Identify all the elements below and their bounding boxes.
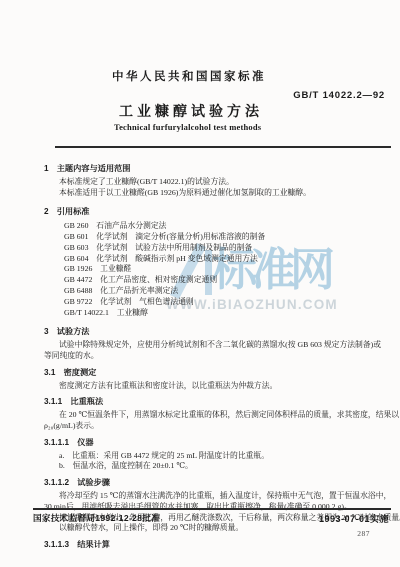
reference-item: GB 260 石油产品水分测定法 [64,221,389,232]
section-2-heading: 2 引用标准 [44,207,389,218]
apparatus-item-a: a. 比重瓶：采用 GB 4472 规定的 25 mL 附温度计的比重瓶。 [44,451,389,462]
document-title-cn: 工业糠醇试验方法 [119,101,263,121]
section-3-1-1-paragraph: 在 20 ℃恒温条件下，用蒸馏水标定比重瓶的体积，然后测定同体积样品的质量，求其… [44,410,389,421]
reference-item: GB 604 化学试剂 酸碱指示剂 pH 变色域测定通用方法 [64,254,389,265]
reference-item: GB 601 化学试剂 滴定分析(容量分析)用标准溶液的制备 [64,232,389,243]
page-number: 287 [357,529,370,538]
standard-number: GB/T 14022.2—92 [293,90,385,101]
reference-item: GB 4472 化工产品密度、相对密度测定通则 [64,275,389,286]
section-3-1-heading: 3.1 密度测定 [44,368,389,379]
section-3-1-1-paragraph: ρ₂₀(g/mL)表示。 [44,421,389,432]
approval-info: 国家技术监督局1992-12-28批准 [33,512,160,524]
standard-document-page: 标准网 WWW.iBIAOZHUN.COM 中华人民共和国国家标准 GB/T 1… [0,0,400,567]
apparatus-item-b: b. 恒温水浴，温度控制在 20±0.1 ℃。 [44,461,389,472]
implementation-date: 1993-07-01实施 [319,512,389,525]
reference-item: GB 9722 化学试剂 气相色谱法通则 [64,297,389,308]
reference-item: GB 1926 工业糠醛 [64,264,389,275]
section-3-heading: 3 试验方法 [44,327,389,338]
header-divider [55,146,391,148]
section-3-paragraph: 等同纯度的水。 [44,351,389,362]
reference-item: GB 603 化学试剂 试验方法中所用制剂及制品的制备 [64,243,389,254]
section-3-1-paragraph: 密度测定方法有比重瓶法和密度计法，以比重瓶法为仲裁方法。 [44,381,389,392]
document-title-en: Technical furfurylalcohol test methods [114,122,261,132]
document-footer: 国家技术监督局1992-12-28批准 1993-07-01实施 [33,512,389,525]
footer-divider [33,508,391,510]
section-1-paragraph: 本标准规定了工业糠醇(GB/T 14022.1)的试验方法。 [44,177,389,188]
section-3-paragraph: 试验中除特殊规定外，应使用分析纯试剂和不含二氧化碳的蒸馏水(按 GB 603 规… [44,340,389,351]
section-3-1-1-2-paragraph: 将冷却至约 15 ℃的蒸馏水注满洗净的比重瓶，插入温度计，保持瓶中无气泡，置于恒… [44,491,389,502]
section-1-paragraph: 本标准适用于以工业糠醛(GB 1926)为原料通过催化加氢制取的工业糠醇。 [44,188,389,199]
section-1-heading: 1 主题内容与适用范围 [44,164,389,175]
section-3-1-1-1-heading: 3.1.1.1 仪器 [44,438,389,449]
section-3-1-1-3-heading: 3.1.1.3 结果计算 [44,540,389,551]
section-3-1-1-heading: 3.1.1 比重瓶法 [44,397,389,408]
standard-authority-title: 中华人民共和国国家标准 [112,68,266,84]
referenced-standards-list: GB 260 石油产品水分测定法 GB 601 化学试剂 滴定分析(容量分析)用… [44,221,389,318]
section-3-1-1-2-heading: 3.1.1.2 试验步骤 [44,478,389,489]
reference-item: GB/T 14022.1 工业糠醇 [64,308,389,319]
reference-item: GB 6488 化工产品折光率测定法 [64,286,389,297]
document-body: 1 主题内容与适用范围 本标准规定了工业糠醇(GB/T 14022.1)的试验方… [44,158,389,553]
